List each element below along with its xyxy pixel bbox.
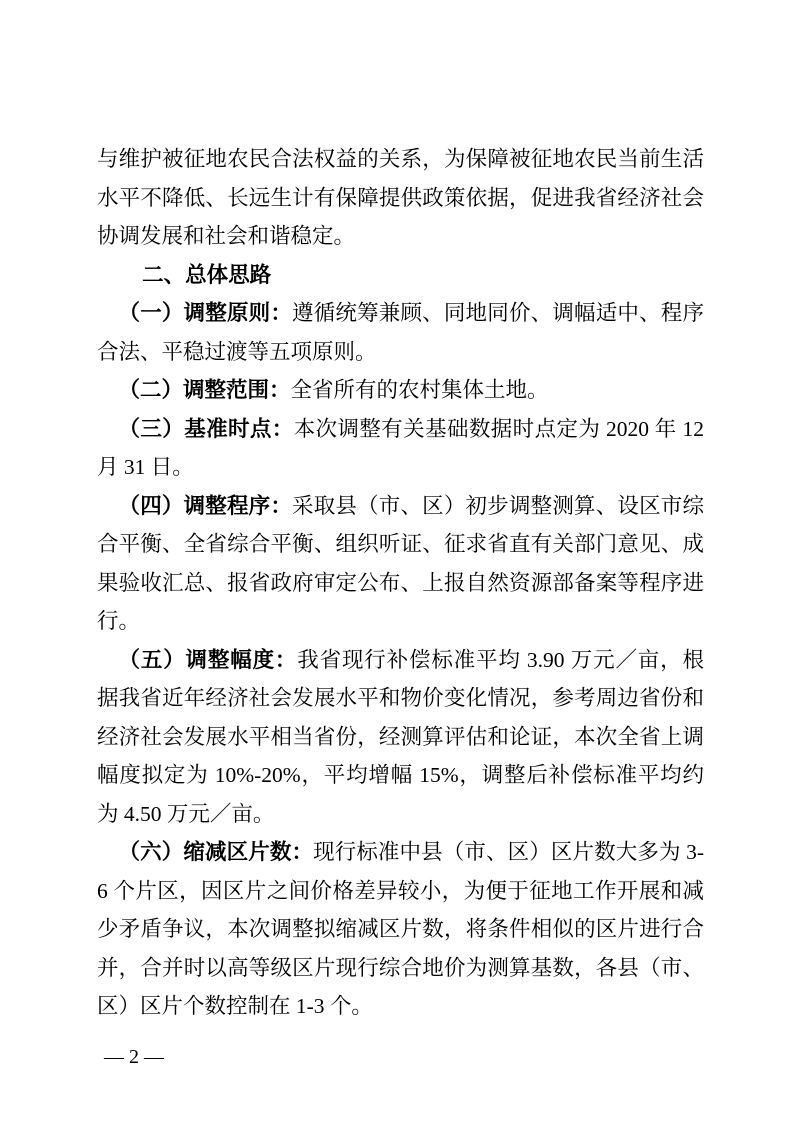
paragraph-item-1: （一）调整原则：遵循统筹兼顾、同地同价、调幅适中、程序合法、平稳过渡等五项原则。 — [97, 294, 704, 371]
item-5-lead: （五）调整幅度： — [119, 648, 298, 672]
paragraph-item-4: （四）调整程序：采取县（市、区）初步调整测算、设区市综合平衡、全省综合平衡、组织… — [97, 487, 704, 641]
paragraph-item-5: （五）调整幅度：我省现行补偿标准平均 3.90 万元／亩，根据我省近年经济社会发… — [97, 641, 704, 834]
item-6-lead: （六）缩减区片数： — [119, 840, 314, 864]
paragraph-text: 与维护被征地农民合法权益的关系，为保障被征地农民当前生活水平不降低、长远生计有保… — [97, 147, 704, 248]
item-3-lead: （三）基准时点： — [119, 417, 294, 441]
paragraph-item-3: （三）基准时点：本次调整有关基础数据时点定为 2020 年 12 月 31 日。 — [97, 410, 704, 487]
item-2-lead: （二）调整范围： — [119, 378, 291, 402]
section-heading: 二、总体思路 — [97, 256, 704, 295]
page-number: — 2 — — [104, 1046, 164, 1068]
paragraph-item-6: （六）缩减区片数：现行标准中县（市、区）区片数大多为 3-6 个片区，因区片之间… — [97, 833, 704, 1026]
document-body: 与维护被征地农民合法权益的关系，为保障被征地农民当前生活水平不降低、长远生计有保… — [97, 140, 704, 1026]
item-1-lead: （一）调整原则： — [119, 301, 293, 325]
paragraph-item-2: （二）调整范围：全省所有的农村集体土地。 — [97, 371, 704, 410]
paragraph-continuation: 与维护被征地农民合法权益的关系，为保障被征地农民当前生活水平不降低、长远生计有保… — [97, 140, 704, 256]
item-4-lead: （四）调整程序： — [119, 494, 293, 518]
item-5-text: 我省现行补偿标准平均 3.90 万元／亩，根据我省近年经济社会发展水平和物价变化… — [97, 648, 704, 826]
document-page: { "doc": { "intro_text": "与维护被征地农民合法权益的关… — [0, 0, 800, 1132]
section-heading-text: 二、总体思路 — [142, 263, 271, 287]
item-2-text: 全省所有的农村集体土地。 — [291, 378, 549, 402]
item-6-text: 现行标准中县（市、区）区片数大多为 3-6 个片区，因区片之间价格差异较小，为便… — [97, 840, 704, 1018]
